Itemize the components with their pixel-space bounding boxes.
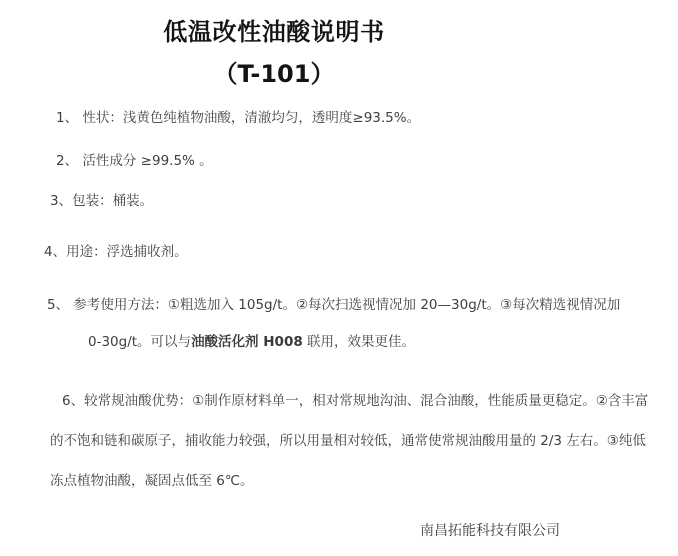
company-name: 南昌拓能科技有限公司 xyxy=(420,522,560,540)
document-title: 低温改性油酸说明书 xyxy=(0,16,548,48)
spec-item-4-usage: 4、用途：浮选捕收剂。 xyxy=(44,243,188,261)
dosage-line-2-pre-text: 0-30g/t。可以与 xyxy=(88,334,191,350)
document-subtitle: （T-101） xyxy=(0,58,548,90)
dosage-line-2-post-text: 联用，效果更佳。 xyxy=(303,334,415,350)
spec-item-6-advantages-line-1: 6、较常规油酸优势：①制作原材料单一，相对常规地沟油、混合油酸，性能质量更稳定。… xyxy=(62,392,648,410)
document-page: 低温改性油酸说明书 （T-101） 1、 性状：浅黄色纯植物油酸，清澈均匀，透明… xyxy=(0,0,678,556)
spec-item-5-dosage-line-2: 0-30g/t。可以与油酸活化剂 H008 联用，效果更佳。 xyxy=(88,333,415,351)
spec-item-5-dosage-line-1: 5、 参考使用方法：①粗选加入 105g/t。②每次扫选视情况加 20—30g/… xyxy=(47,296,620,314)
activator-h008-bold-text: 油酸活化剂 H008 xyxy=(191,334,303,350)
spec-item-1-properties: 1、 性状：浅黄色纯植物油酸，清澈均匀，透明度≥93.5%。 xyxy=(56,109,420,127)
spec-item-6-advantages-line-2: 的不饱和链和碳原子，捕收能力较强，所以用量相对较低，通常使常规油酸用量的 2/3… xyxy=(50,432,646,450)
spec-item-2-active-content: 2、 活性成分 ≥99.5% 。 xyxy=(56,152,213,170)
spec-item-3-packaging: 3、包装：桶装。 xyxy=(50,192,153,210)
spec-item-6-advantages-line-3: 冻点植物油酸，凝固点低至 6℃。 xyxy=(50,472,254,490)
